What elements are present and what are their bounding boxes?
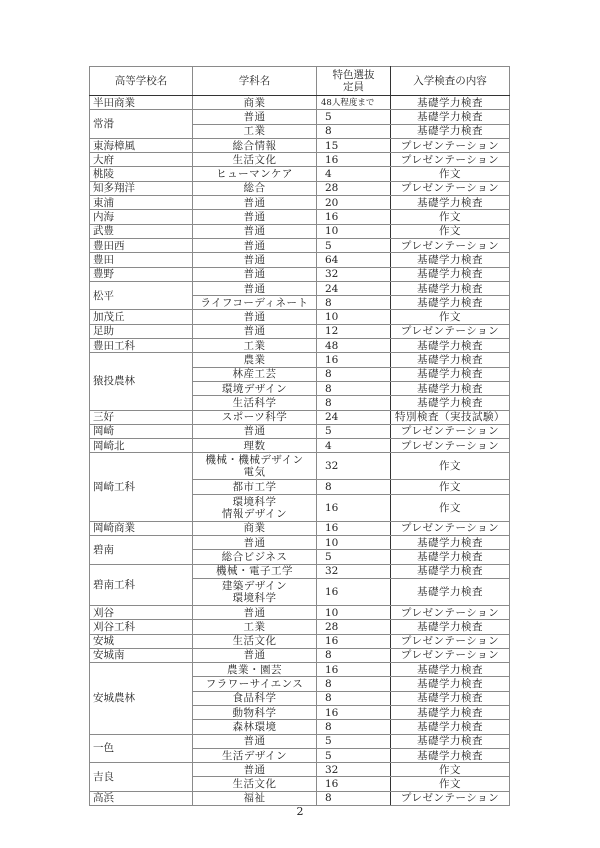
cell-exam: プレゼンテーション xyxy=(391,605,510,619)
cell-exam: 作文 xyxy=(391,453,510,480)
cell-school: 刈谷 xyxy=(90,605,193,619)
table-row: 猿投農林農業16基礎学力検査 xyxy=(90,353,510,367)
document-page: 高等学校名 学科名 特色選抜 定員 入学検査の内容 半田商業商業48人程度まで基… xyxy=(0,0,600,848)
cell-department: 普通 xyxy=(193,210,317,224)
cell-capacity: 16 xyxy=(317,353,391,367)
cell-capacity: 4 xyxy=(317,439,391,453)
cell-exam: 基礎学力検査 xyxy=(391,339,510,353)
cell-school: 桃陵 xyxy=(90,167,193,181)
cell-capacity: 10 xyxy=(317,536,391,550)
cell-department: 建築デザイン環境科学 xyxy=(193,578,317,605)
cell-school: 安城農林 xyxy=(90,663,193,734)
cell-school: 碧南 xyxy=(90,536,193,565)
table-row: 碧南工科機械・電子工学32基礎学力検査 xyxy=(90,564,510,578)
cell-exam: プレゼンテーション xyxy=(391,439,510,453)
department-line2: 情報デザイン xyxy=(222,508,287,520)
cell-capacity: 8 xyxy=(317,396,391,410)
cell-capacity: 5 xyxy=(317,550,391,564)
table-row: 豊田普通64基礎学力検査 xyxy=(90,253,510,267)
cell-department: 総合ビジネス xyxy=(193,550,317,564)
table-row: 常滑普通5基礎学力検査 xyxy=(90,110,510,124)
table-row: 豊野普通32基礎学力検査 xyxy=(90,267,510,281)
cell-exam: プレゼンテーション xyxy=(391,238,510,252)
cell-exam: プレゼンテーション xyxy=(391,521,510,535)
cell-capacity: 12 xyxy=(317,324,391,338)
cell-exam: 基礎学力検査 xyxy=(391,663,510,677)
cell-department: 動物科学 xyxy=(193,705,317,719)
cell-exam: プレゼンテーション xyxy=(391,138,510,152)
cell-exam: 基礎学力検査 xyxy=(391,734,510,748)
cell-capacity: 5 xyxy=(317,238,391,252)
cell-department: 理数 xyxy=(193,439,317,453)
cell-exam: 作文 xyxy=(391,210,510,224)
cell-department: 工業 xyxy=(193,620,317,634)
cell-exam: 基礎学力検査 xyxy=(391,281,510,295)
table-row: 東海樟風総合情報15プレゼンテーション xyxy=(90,138,510,152)
cell-school: 岡崎商業 xyxy=(90,521,193,535)
cell-department: 食品科学 xyxy=(193,691,317,705)
cell-exam: 作文 xyxy=(391,167,510,181)
cell-department: 普通 xyxy=(193,267,317,281)
table-row: 松平普通24基礎学力検査 xyxy=(90,281,510,295)
cell-exam: 基礎学力検査 xyxy=(391,564,510,578)
cell-exam: 作文 xyxy=(391,763,510,777)
cell-capacity: 28 xyxy=(317,620,391,634)
cell-capacity: 8 xyxy=(317,720,391,734)
cell-capacity: 24 xyxy=(317,281,391,295)
cell-exam: 基礎学力検査 xyxy=(391,691,510,705)
cell-school: 吉良 xyxy=(90,763,193,792)
cell-department: 普通 xyxy=(193,224,317,238)
cell-capacity: 16 xyxy=(317,634,391,648)
cell-capacity: 8 xyxy=(317,124,391,138)
cell-exam: 基礎学力検査 xyxy=(391,620,510,634)
cell-exam: プレゼンテーション xyxy=(391,324,510,338)
cell-capacity: 5 xyxy=(317,110,391,124)
cell-exam: 基礎学力検査 xyxy=(391,550,510,564)
cell-exam: 基礎学力検査 xyxy=(391,367,510,381)
header-department: 学科名 xyxy=(193,67,317,96)
cell-school: 安城 xyxy=(90,634,193,648)
cell-capacity: 16 xyxy=(317,777,391,791)
table-row: 加茂丘普通10作文 xyxy=(90,310,510,324)
table-row: 大府生活文化16プレゼンテーション xyxy=(90,153,510,167)
cell-exam: 基礎学力検査 xyxy=(391,578,510,605)
cell-school: 常滑 xyxy=(90,110,193,139)
cell-exam: プレゼンテーション xyxy=(391,153,510,167)
department-line1: 建築デザイン xyxy=(222,580,287,592)
cell-department: 生活文化 xyxy=(193,153,317,167)
cell-exam: プレゼンテーション xyxy=(391,181,510,195)
cell-capacity: 8 xyxy=(317,381,391,395)
cell-school: 東浦 xyxy=(90,196,193,210)
cell-department: 普通 xyxy=(193,110,317,124)
cell-school: 大府 xyxy=(90,153,193,167)
cell-capacity: 32 xyxy=(317,453,391,480)
table-row: 刈谷工科工業28基礎学力検査 xyxy=(90,620,510,634)
cell-school: 三好 xyxy=(90,410,193,424)
cell-capacity: 8 xyxy=(317,648,391,662)
header-school: 高等学校名 xyxy=(90,67,193,96)
cell-exam: 基礎学力検査 xyxy=(391,267,510,281)
header-capacity-line2: 定員 xyxy=(343,81,364,93)
table-header: 高等学校名 学科名 特色選抜 定員 入学検査の内容 xyxy=(90,67,510,96)
cell-capacity: 24 xyxy=(317,410,391,424)
cell-exam: 基礎学力検査 xyxy=(391,720,510,734)
cell-exam: 基礎学力検査 xyxy=(391,296,510,310)
cell-exam: プレゼンテーション xyxy=(391,648,510,662)
cell-department: 生活文化 xyxy=(193,777,317,791)
table-row: 足助普通12プレゼンテーション xyxy=(90,324,510,338)
table-row: 一色普通5基礎学力検査 xyxy=(90,734,510,748)
cell-exam: 基礎学力検査 xyxy=(391,124,510,138)
cell-exam: 作文 xyxy=(391,777,510,791)
cell-department: 総合 xyxy=(193,181,317,195)
cell-department: 商業 xyxy=(193,96,317,110)
cell-school: 高浜 xyxy=(90,791,193,805)
table-row: 碧南普通10基礎学力検査 xyxy=(90,536,510,550)
cell-capacity: 16 xyxy=(317,210,391,224)
cell-school: 半田商業 xyxy=(90,96,193,110)
cell-capacity: 8 xyxy=(317,677,391,691)
cell-department: 生活デザイン xyxy=(193,748,317,762)
department-line2: 環境科学 xyxy=(233,592,277,604)
cell-school: 豊田西 xyxy=(90,238,193,252)
cell-capacity: 8 xyxy=(317,480,391,494)
cell-exam: プレゼンテーション xyxy=(391,791,510,805)
cell-capacity: 5 xyxy=(317,748,391,762)
cell-department: ヒューマンケア xyxy=(193,167,317,181)
cell-exam: 基礎学力検査 xyxy=(391,705,510,719)
cell-department: 都市工学 xyxy=(193,480,317,494)
cell-capacity: 16 xyxy=(317,705,391,719)
cell-school: 一色 xyxy=(90,734,193,763)
cell-exam: プレゼンテーション xyxy=(391,634,510,648)
cell-department: 生活科学 xyxy=(193,396,317,410)
cell-capacity: 48人程度まで xyxy=(317,96,391,110)
cell-capacity: 16 xyxy=(317,663,391,677)
cell-capacity: 8 xyxy=(317,691,391,705)
page-number: 2 xyxy=(0,805,600,818)
table-row: 東浦普通20基礎学力検査 xyxy=(90,196,510,210)
cell-department: 普通 xyxy=(193,536,317,550)
cell-exam: 作文 xyxy=(391,310,510,324)
cell-exam: 特別検査（実技試験） xyxy=(391,410,510,424)
cell-school: 岡崎工科 xyxy=(90,453,193,521)
table-row: 豊田西普通5プレゼンテーション xyxy=(90,238,510,252)
cell-school: 豊田 xyxy=(90,253,193,267)
cell-department: ライフコーディネート xyxy=(193,296,317,310)
cell-department: 普通 xyxy=(193,196,317,210)
department-line1: 環境科学 xyxy=(233,496,277,508)
department-line1: 機械・機械デザイン xyxy=(205,454,303,466)
table-row: 半田商業商業48人程度まで基礎学力検査 xyxy=(90,96,510,110)
cell-exam: 基礎学力検査 xyxy=(391,381,510,395)
cell-exam: 作文 xyxy=(391,494,510,521)
cell-department: 農業・園芸 xyxy=(193,663,317,677)
cell-capacity: 5 xyxy=(317,734,391,748)
table-row: 三好スポーツ科学24特別検査（実技試験） xyxy=(90,410,510,424)
cell-school: 知多翔洋 xyxy=(90,181,193,195)
cell-capacity: 4 xyxy=(317,167,391,181)
cell-department: 機械・機械デザイン電気 xyxy=(193,453,317,480)
cell-department: 林産工芸 xyxy=(193,367,317,381)
cell-department: 普通 xyxy=(193,763,317,777)
cell-school: 岡崎 xyxy=(90,424,193,438)
cell-capacity: 10 xyxy=(317,310,391,324)
cell-exam: 基礎学力検査 xyxy=(391,96,510,110)
cell-capacity: 15 xyxy=(317,138,391,152)
header-capacity: 特色選抜 定員 xyxy=(317,67,391,96)
cell-department: 機械・電子工学 xyxy=(193,564,317,578)
cell-capacity: 10 xyxy=(317,605,391,619)
table-row: 桃陵ヒューマンケア4作文 xyxy=(90,167,510,181)
cell-department: スポーツ科学 xyxy=(193,410,317,424)
cell-capacity: 20 xyxy=(317,196,391,210)
cell-school: 内海 xyxy=(90,210,193,224)
cell-exam: 基礎学力検査 xyxy=(391,677,510,691)
cell-capacity: 28 xyxy=(317,181,391,195)
table-row: 岡崎商業商業16プレゼンテーション xyxy=(90,521,510,535)
table-row: 豊田工科工業48基礎学力検査 xyxy=(90,339,510,353)
cell-capacity: 32 xyxy=(317,763,391,777)
cell-department: 普通 xyxy=(193,734,317,748)
cell-department: 普通 xyxy=(193,424,317,438)
cell-exam: 作文 xyxy=(391,224,510,238)
table-row: 高浜福祉8プレゼンテーション xyxy=(90,791,510,805)
cell-school: 武豊 xyxy=(90,224,193,238)
cell-exam: 基礎学力検査 xyxy=(391,196,510,210)
table-body: 半田商業商業48人程度まで基礎学力検査常滑普通5基礎学力検査工業8基礎学力検査東… xyxy=(90,96,510,806)
cell-capacity: 16 xyxy=(317,153,391,167)
cell-exam: 基礎学力検査 xyxy=(391,353,510,367)
cell-department: 工業 xyxy=(193,124,317,138)
cell-capacity: 16 xyxy=(317,494,391,521)
cell-department: 森林環境 xyxy=(193,720,317,734)
table-row: 吉良普通32作文 xyxy=(90,763,510,777)
table-row: 岡崎工科機械・機械デザイン電気32作文 xyxy=(90,453,510,480)
cell-school: 安城南 xyxy=(90,648,193,662)
table-row: 知多翔洋総合28プレゼンテーション xyxy=(90,181,510,195)
cell-department: 普通 xyxy=(193,310,317,324)
cell-school: 刈谷工科 xyxy=(90,620,193,634)
cell-department: 普通 xyxy=(193,253,317,267)
cell-school: 岡崎北 xyxy=(90,439,193,453)
cell-exam: 作文 xyxy=(391,480,510,494)
cell-capacity: 48 xyxy=(317,339,391,353)
table-row: 内海普通16作文 xyxy=(90,210,510,224)
cell-capacity: 5 xyxy=(317,424,391,438)
table-row: 岡崎北理数4プレゼンテーション xyxy=(90,439,510,453)
table-row: 武豊普通10作文 xyxy=(90,224,510,238)
cell-exam: 基礎学力検査 xyxy=(391,748,510,762)
cell-exam: 基礎学力検査 xyxy=(391,110,510,124)
header-capacity-line1: 特色選抜 xyxy=(333,69,375,81)
cell-school: 豊野 xyxy=(90,267,193,281)
cell-capacity: 16 xyxy=(317,578,391,605)
cell-school: 碧南工科 xyxy=(90,564,193,605)
cell-department: 普通 xyxy=(193,281,317,295)
admission-exam-table: 高等学校名 学科名 特色選抜 定員 入学検査の内容 半田商業商業48人程度まで基… xyxy=(89,66,510,806)
cell-school: 東海樟風 xyxy=(90,138,193,152)
cell-department: 普通 xyxy=(193,238,317,252)
cell-department: 環境デザイン xyxy=(193,381,317,395)
cell-capacity: 32 xyxy=(317,267,391,281)
cell-department: 商業 xyxy=(193,521,317,535)
cell-capacity: 64 xyxy=(317,253,391,267)
table-row: 安城農林農業・園芸16基礎学力検査 xyxy=(90,663,510,677)
header-exam: 入学検査の内容 xyxy=(391,67,510,96)
cell-department: 工業 xyxy=(193,339,317,353)
cell-school: 豊田工科 xyxy=(90,339,193,353)
cell-department: 普通 xyxy=(193,648,317,662)
cell-school: 猿投農林 xyxy=(90,353,193,410)
table-row: 安城生活文化16プレゼンテーション xyxy=(90,634,510,648)
department-line2: 電気 xyxy=(244,466,266,478)
cell-department: 普通 xyxy=(193,605,317,619)
cell-capacity: 8 xyxy=(317,296,391,310)
cell-school: 足助 xyxy=(90,324,193,338)
cell-department: 環境科学情報デザイン xyxy=(193,494,317,521)
table-row: 岡崎普通5プレゼンテーション xyxy=(90,424,510,438)
cell-department: 総合情報 xyxy=(193,138,317,152)
cell-department: 農業 xyxy=(193,353,317,367)
cell-capacity: 16 xyxy=(317,521,391,535)
cell-capacity: 8 xyxy=(317,367,391,381)
cell-exam: プレゼンテーション xyxy=(391,424,510,438)
table-row: 安城南普通8プレゼンテーション xyxy=(90,648,510,662)
cell-department: 生活文化 xyxy=(193,634,317,648)
cell-capacity: 32 xyxy=(317,564,391,578)
table-row: 刈谷普通10プレゼンテーション xyxy=(90,605,510,619)
cell-capacity: 10 xyxy=(317,224,391,238)
cell-department: フラワーサイエンス xyxy=(193,677,317,691)
cell-exam: 基礎学力検査 xyxy=(391,396,510,410)
cell-exam: 基礎学力検査 xyxy=(391,253,510,267)
cell-school: 松平 xyxy=(90,281,193,310)
cell-department: 福祉 xyxy=(193,791,317,805)
cell-capacity: 8 xyxy=(317,791,391,805)
cell-exam: 基礎学力検査 xyxy=(391,536,510,550)
cell-department: 普通 xyxy=(193,324,317,338)
cell-school: 加茂丘 xyxy=(90,310,193,324)
